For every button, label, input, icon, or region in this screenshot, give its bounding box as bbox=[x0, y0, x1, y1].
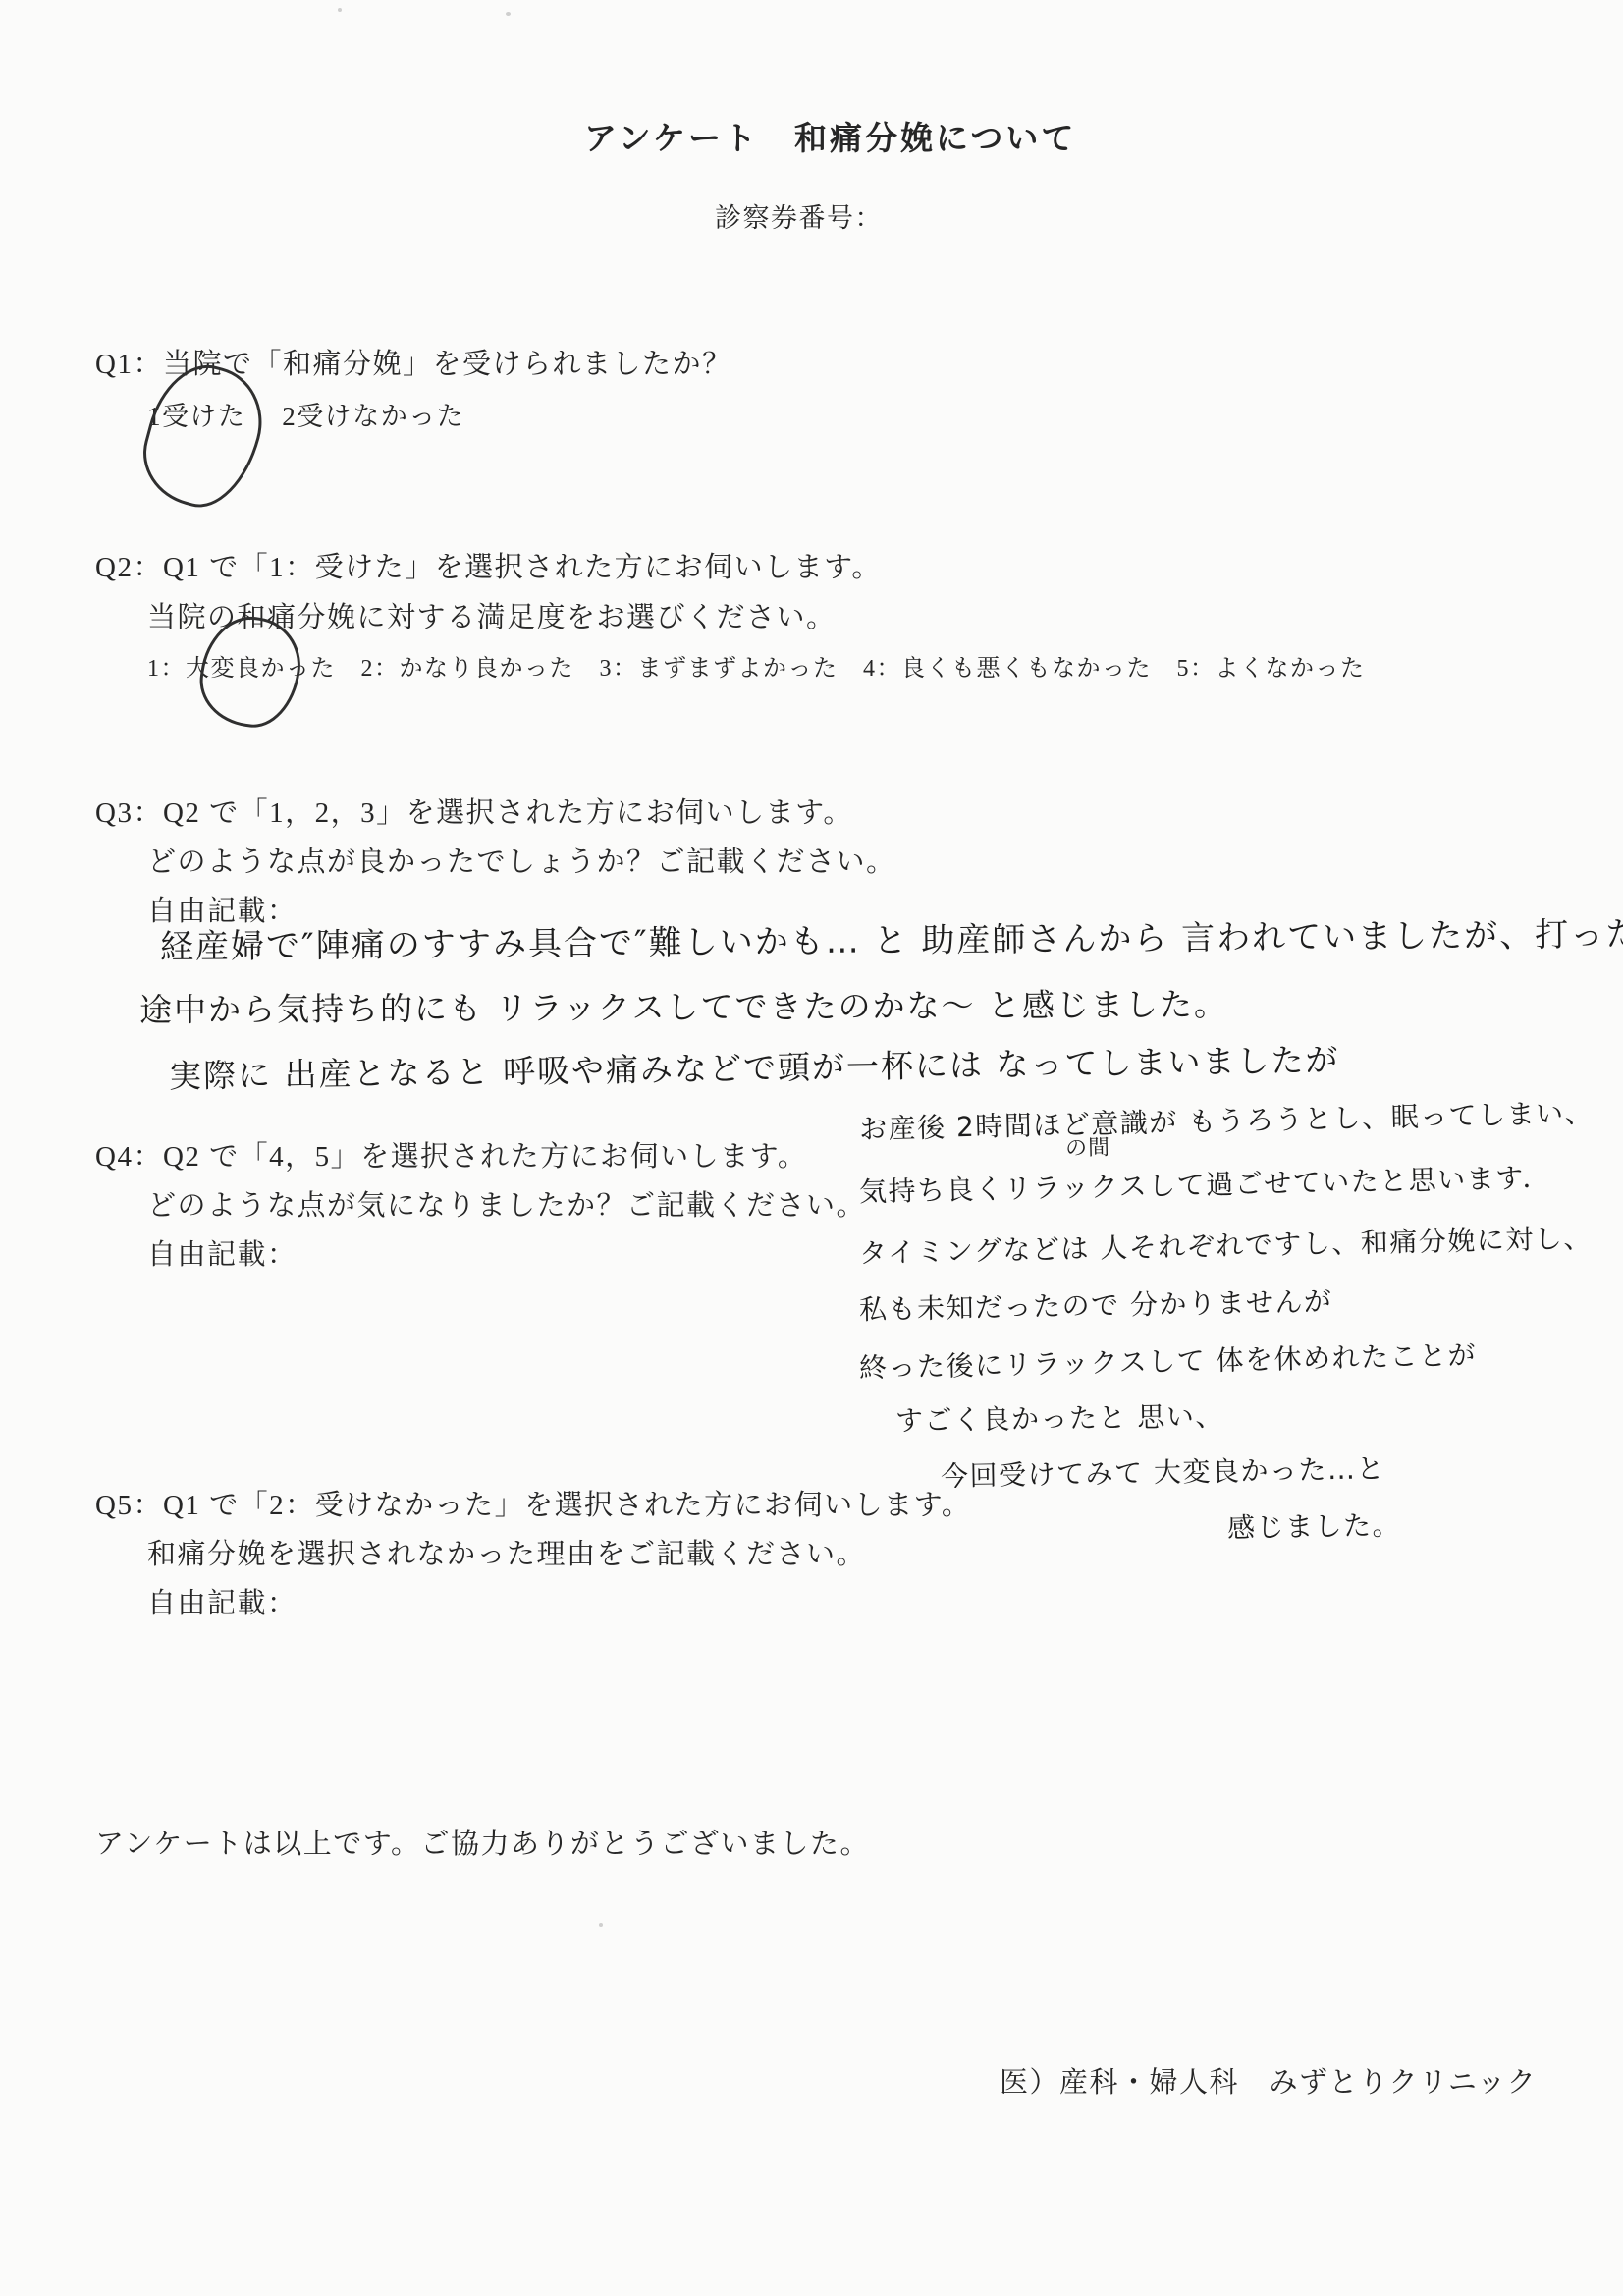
q1-heading: Q1：当院で「和痛分娩」を受けられましたか？ bbox=[95, 342, 731, 382]
q3-subheading: どのような点が良かったでしょうか？ご記載ください。 bbox=[147, 840, 896, 880]
clinic-name: 医）産科・婦人科 みずとりクリニック bbox=[1000, 2060, 1537, 2101]
closing-note: アンケートは以上です。ご協力ありがとうございました。 bbox=[95, 1822, 870, 1862]
handwriting-line: タイミングなどは 人それぞれですし、和痛分娩に対し、 bbox=[859, 1217, 1593, 1272]
questionnaire-page: アンケート 和痛分娩について 診察券番号： Q1：当院で「和痛分娩」を受けられま… bbox=[0, 0, 1623, 2296]
handwriting-line: 経産婦で″陣痛のすすみ具合で″難しいかも… と 助産師さんから 言われていました… bbox=[160, 906, 1623, 967]
patient-id-label: 診察券番号： bbox=[715, 196, 883, 235]
handwriting-insertion-note: の間 bbox=[1065, 1130, 1111, 1162]
q2-selected-option: 変良か bbox=[211, 648, 287, 683]
q5-free-entry-label: 自由記載： bbox=[147, 1581, 298, 1621]
q5-subheading: 和痛分娩を選択されなかった理由をご記載ください。 bbox=[147, 1532, 866, 1572]
scan-speck bbox=[506, 12, 511, 16]
q3-heading: Q3：Q2 で「1，2，3」を選択された方にお伺いします。 bbox=[95, 791, 853, 831]
page-title: アンケート 和痛分娩について bbox=[584, 113, 1076, 159]
q2-options-rest: った 2：かなり良かった 3：まずまずよかった 4：良くも悪くもなかった 5：よ… bbox=[286, 656, 1366, 682]
q1-option-2: 2受けなかった bbox=[246, 402, 465, 431]
handwriting-line: 感じました。 bbox=[1227, 1503, 1402, 1546]
handwriting-line: お産後 2時間ほど意識が もうろうとし、眠ってしまい、 bbox=[859, 1092, 1595, 1148]
handwriting-line: 実際に 出産となると 呼吸や痛みなどで頭が一杯には なってしまいましたが bbox=[169, 1035, 1340, 1098]
q2-subheading: 当院の和痛分娩に対する満足度をお選びください。 bbox=[147, 595, 837, 635]
handwriting-line: 気持ち良くリラックスして過ごせていたと思います． bbox=[859, 1157, 1552, 1211]
handwriting-line: すごく良かったと 思い、 bbox=[895, 1395, 1224, 1440]
q2-heading: Q2：Q1 で「1：受けた」を選択された方にお伺いします。 bbox=[95, 545, 882, 585]
q5-heading: Q5：Q1 で「2：受けなかった」を選択された方にお伺いします。 bbox=[95, 1483, 971, 1523]
handwriting-line: 私も未知だったので 分かりませんが bbox=[859, 1281, 1333, 1328]
q2-options: 1：大変良かった 2：かなり良かった 3：まずまずよかった 4：良くも悪くもなか… bbox=[147, 648, 1366, 683]
q1-selected-option: 受けた bbox=[162, 395, 246, 433]
handwriting-line: 途中から気持ち的にも リラックスしてできたのかな～ と感じました。 bbox=[139, 979, 1228, 1031]
q2-option-1-circled-part: 変良か bbox=[211, 656, 287, 682]
q1-option-1-number: 1 bbox=[147, 402, 162, 431]
handwriting-line: 今回受けてみて 大変良かった…と bbox=[941, 1448, 1386, 1495]
q1-options: 1受けた 2受けなかった bbox=[147, 395, 464, 433]
scan-speck bbox=[338, 8, 342, 12]
scan-speck bbox=[599, 1923, 603, 1927]
q4-subheading: どのような点が気になりましたか？ご記載ください。 bbox=[147, 1183, 866, 1224]
handwriting-line: 終った後にリラックスして 体を休めれたことが bbox=[859, 1334, 1478, 1386]
q4-free-entry-label: 自由記載： bbox=[147, 1232, 298, 1273]
q1-option-1-label: 受けた bbox=[162, 402, 246, 431]
q2-options-prefix: 1：大 bbox=[147, 656, 211, 682]
q4-heading: Q4：Q2 で「4，5」を選択された方にお伺いします。 bbox=[95, 1134, 807, 1175]
